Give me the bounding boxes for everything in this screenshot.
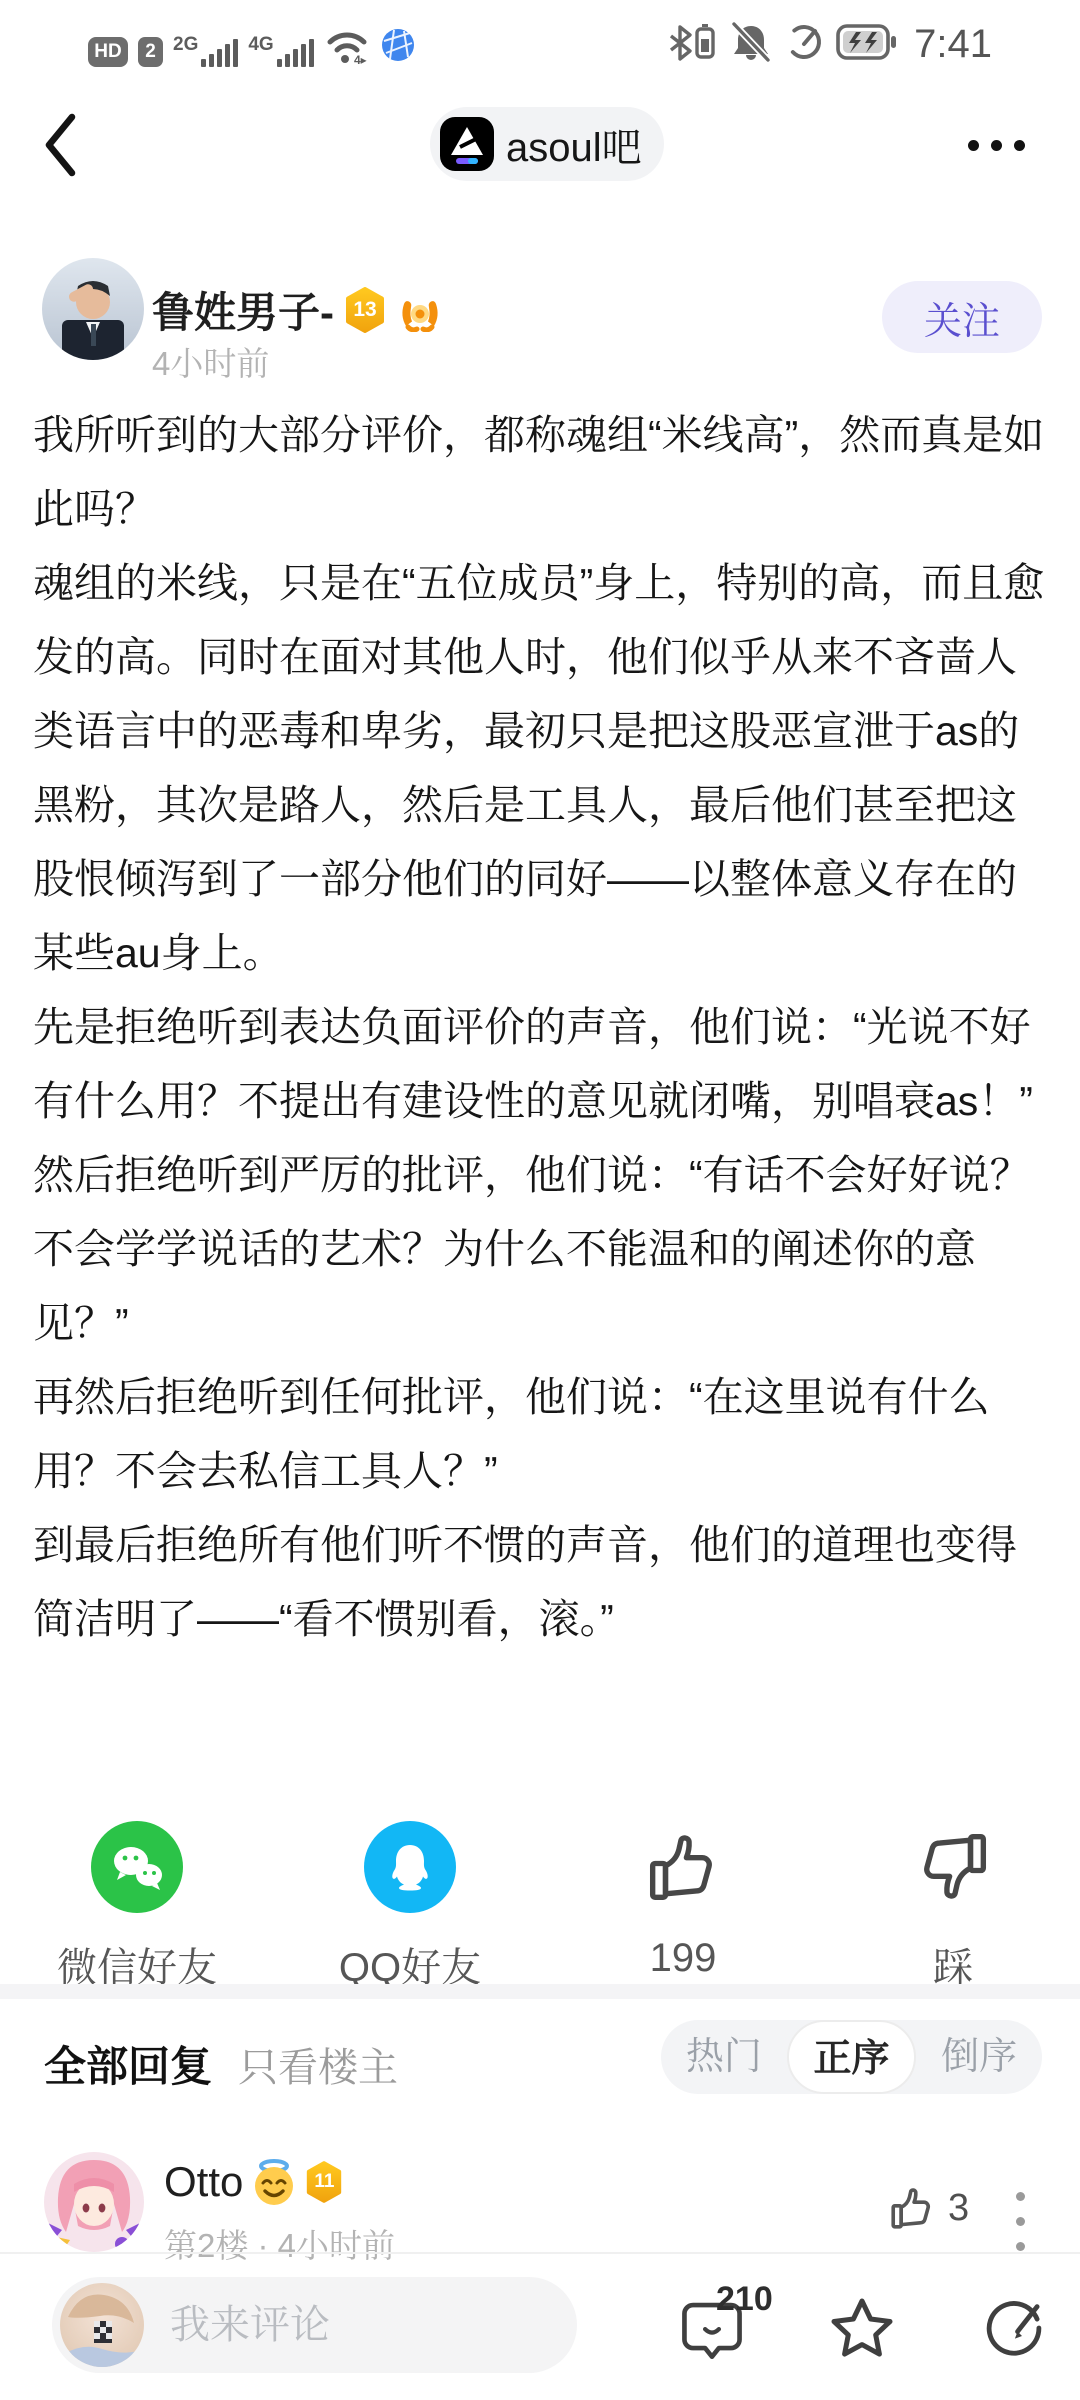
comment-divider [0,2252,1080,2254]
post-author-avatar[interactable] [42,258,144,360]
status-right-cluster: 7:41 [670,22,992,67]
comment-like-count: 3 [948,2187,969,2230]
sort-segmented-control: 热门 正序 倒序 [661,2020,1042,2094]
signal-2g-icon: 2G [173,39,238,67]
sort-tab-desc[interactable]: 倒序 [916,2020,1042,2094]
all-replies-label: 全部回复 [44,2034,212,2094]
forum-name: asoul吧 [506,116,642,173]
comment-like-button[interactable]: 3 [886,2182,969,2234]
share-qq-button[interactable]: QQ好友 [275,1820,545,1993]
comment-author-name[interactable]: Otto [164,2158,243,2206]
battery-charging-icon [836,23,898,66]
status-bar: HD 2 2G 4G 4▸ [0,0,1080,70]
wifi-icon: 4▸ [324,26,370,69]
post-author-row: 鲁姓男子- 13 [152,280,444,340]
sort-tab-hot[interactable]: 热门 [661,2020,787,2094]
status-left-cluster: HD 2 2G 4G 4▸ [88,24,416,67]
like-count: 199 [650,1936,717,1981]
level-11-badge-icon: 11 [305,2161,343,2203]
asoul-forum-logo-icon [440,117,494,171]
sim-2-badge-icon: 2 [138,37,163,67]
share-action-row: 微信好友 QQ好友 199 [0,1820,1080,1990]
qq-icon [363,1820,457,1914]
back-button[interactable] [40,112,80,178]
thumbs-down-icon [906,1820,1000,1914]
wechat-icon [90,1820,184,1914]
raising-hands-emoji-icon [396,288,444,332]
post-paragraph: 魂组的米线，只是在“五位成员”身上，特别的高，而且愈发的高。同时在面对其他人时，… [33,546,1048,990]
svg-text:4▸: 4▸ [354,53,367,64]
clock-time: 7:41 [914,22,992,67]
post-paragraph: 到最后拒绝所有他们听不惯的声音，他们的道理也变得简洁明了——“看不惯别看，滚。” [33,1508,1048,1656]
sort-tab-asc[interactable]: 正序 [787,2020,917,2094]
overflow-menu-button[interactable] [968,140,1025,151]
tieba-post-screen: HD 2 2G 4G 4▸ [0,0,1080,2400]
comment-composer[interactable] [52,2277,577,2373]
favorite-star-button[interactable] [826,2294,898,2371]
comment-input[interactable] [168,2302,542,2349]
section-divider [0,1984,1080,1999]
comment-count-badge: 210 [716,2280,773,2319]
forum-title-pill[interactable]: asoul吧 [430,107,664,181]
browser-globe-icon [380,27,416,68]
thumbs-up-small-icon [886,2182,938,2234]
like-button[interactable]: 199 [548,1820,818,1981]
dislike-button[interactable]: 踩 [818,1820,1080,1993]
post-paragraph: 先是拒绝听到表达负面评价的声音，他们说：“光说不好有什么用？不提出有建设性的意见… [33,990,1048,1138]
notifications-muted-icon [730,22,772,67]
post-paragraph: 然后拒绝听到严厉的批评，他们说：“有话不会好好说？不会学学说话的艺术？为什么不能… [33,1138,1048,1360]
post-time: 4小时前 [152,338,269,385]
hd-badge-icon: HD [88,37,128,67]
level-13-badge-icon: 13 [344,287,386,333]
my-avatar [60,2283,144,2367]
comment-author-avatar[interactable] [44,2152,144,2252]
performance-gauge-icon [784,22,824,67]
post-body: 我所听到的大部分评价，都称魂组“米线高”，然而真是如此吗？ 魂组的米线，只是在“… [33,398,1048,1656]
reply-header: 全部回复 只看楼主 热门 正序 倒序 [0,2014,1080,2100]
comment-floor-meta: 第2楼 · 4小时前 [164,2220,395,2267]
comment-author-row: Otto 11 [164,2158,343,2206]
post-paragraph: 我所听到的大部分评价，都称魂组“米线高”，然而真是如此吗？ [33,398,1048,546]
post-author-name[interactable]: 鲁姓男子- [152,280,334,340]
op-only-toggle[interactable]: 只看楼主 [238,2036,398,2093]
signal-4g-icon: 4G [248,39,313,67]
share-wechat-button[interactable]: 微信好友 [2,1820,272,1993]
bluetooth-battery-icon [670,23,718,66]
compose-share-button[interactable] [982,2296,1046,2365]
comment-overflow-button[interactable] [1016,2192,1025,2251]
smiling-face-with-halo-emoji-icon [251,2158,297,2206]
follow-button[interactable]: 关注 [882,281,1042,353]
thumbs-up-icon [636,1820,730,1914]
post-paragraph: 再然后拒绝听到任何批评，他们说：“在这里说有什么用？不会去私信工具人？” [33,1360,1048,1508]
